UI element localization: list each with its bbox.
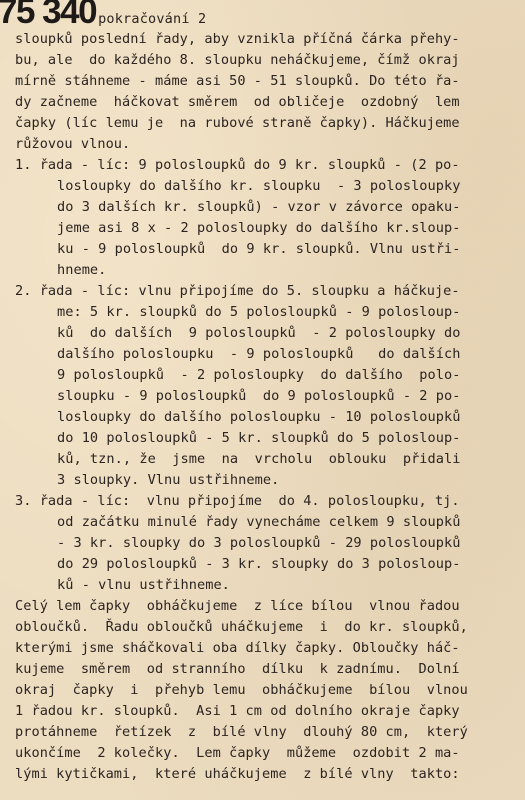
continuation-label: pokračování 2: [98, 11, 206, 27]
row-heading-line: 2. řada - líc: vlnu připojíme do 5. slou…: [15, 281, 485, 302]
text-line: lými kytičkami, které uháčkujeme z bílé …: [15, 764, 485, 785]
text-line: me: 5 kr. sloupků do 5 polosloupků - 9 p…: [15, 302, 485, 323]
row-heading-line: 3. řada - líc: vlnu připojíme do 4. polo…: [15, 491, 485, 512]
row-heading-line: 1. řada - líc: 9 polosloupků do 9 kr. sl…: [15, 155, 485, 176]
text-line: Celý lem čapky obháčkujeme z líce bílou …: [15, 596, 485, 617]
text-line: sloupku - 9 polosloupků do 9 polosloupků…: [15, 386, 485, 407]
text-line: kterými jsme sháčkovali oba dílky čapky.…: [15, 638, 485, 659]
row-2-instructions: 2. řada - líc: vlnu připojíme do 5. slou…: [15, 281, 485, 491]
pattern-number: 75 340: [0, 0, 96, 31]
text-line: dalšího polosloupku - 9 polosloupků do d…: [15, 344, 485, 365]
document-body: sloupků poslední řady, aby vznikla příčn…: [15, 29, 485, 785]
text-line: kujeme směrem od stranního dílku k zadní…: [15, 659, 485, 680]
text-line: ků, tzn., že jsme na vrcholu oblouku při…: [15, 449, 485, 470]
text-line: růžovou vlnou.: [15, 134, 485, 155]
text-line: 1 řadou kr. sloupků. Asi 1 cm od dolního…: [15, 701, 485, 722]
page-header: 75 340pokračování 2: [0, 0, 206, 29]
row-1-instructions: 1. řada - líc: 9 polosloupků do 9 kr. sl…: [15, 155, 485, 281]
text-line: ku - 9 polosloupků do 9 kr. sloupků. Vln…: [15, 239, 485, 260]
text-line: mírně stáhneme - máme asi 50 - 51 sloupk…: [15, 71, 485, 92]
text-line: bu, ale do každého 8. sloupku neháčkujem…: [15, 50, 485, 71]
text-line: do 3 dalších kr. sloupků) - vzor v závor…: [15, 197, 485, 218]
text-line: 9 polosloupků - 2 polosloupky do dalšího…: [15, 365, 485, 386]
document-page: 75 340pokračování 2 sloupků poslední řad…: [0, 0, 525, 800]
text-line: čapky (líc lemu je na rubové straně čapk…: [15, 113, 485, 134]
text-line: losloupky do dalšího polosloupku - 10 po…: [15, 407, 485, 428]
text-line: ukončíme 2 kolečky. Lem čapky můžeme ozd…: [15, 743, 485, 764]
row-3-instructions: 3. řada - líc: vlnu připojíme do 4. polo…: [15, 491, 485, 596]
text-line: losloupky do dalšího kr. sloupku - 3 pol…: [15, 176, 485, 197]
closing-paragraph: Celý lem čapky obháčkujeme z líce bílou …: [15, 596, 485, 785]
text-line: obloučků. Řadu obloučků uháčkujeme i do …: [15, 617, 485, 638]
text-line: od začátku minulé řady vynecháme celkem …: [15, 512, 485, 533]
text-line: hneme.: [15, 260, 485, 281]
text-line: dy začneme háčkovat směrem od obličeje o…: [15, 92, 485, 113]
text-line: do 29 polosloupků - 3 kr. sloupky do 3 p…: [15, 554, 485, 575]
text-line: do 10 polosloupků - 5 kr. sloupků do 5 p…: [15, 428, 485, 449]
text-line: protáhneme řetízek z bílé vlny dlouhý 80…: [15, 722, 485, 743]
text-line: jeme asi 8 x - 2 polosloupky do dalšího …: [15, 218, 485, 239]
text-line: sloupků poslední řady, aby vznikla příčn…: [15, 29, 485, 50]
intro-paragraph: sloupků poslední řady, aby vznikla příčn…: [15, 29, 485, 155]
text-line: ků - vlnu ustřihneme.: [15, 575, 485, 596]
text-line: ků do dalších 9 polosloupků - 2 poloslou…: [15, 323, 485, 344]
text-line: - 3 kr. sloupky do 3 polosloupků - 29 po…: [15, 533, 485, 554]
text-line: 3 sloupky. Vlnu ustřihneme.: [15, 470, 485, 491]
text-line: okraj čapky i přehyb lemu obháčkujeme bí…: [15, 680, 485, 701]
